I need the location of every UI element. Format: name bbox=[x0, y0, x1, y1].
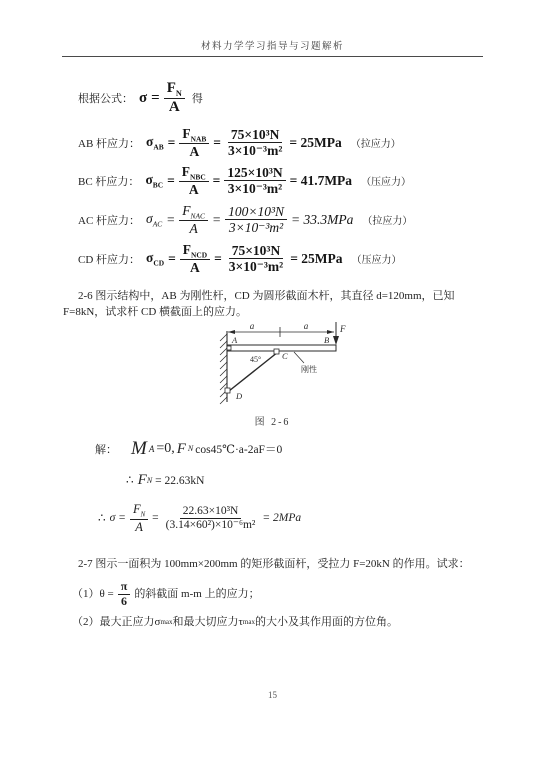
force-subscript: NAB bbox=[191, 135, 207, 144]
point-d-label: D bbox=[235, 391, 243, 401]
equals-sign: = bbox=[168, 251, 176, 267]
dim-label-a-right: a bbox=[304, 321, 309, 331]
force-label: F bbox=[339, 324, 346, 334]
intro-formula: σ = FN A bbox=[139, 80, 185, 117]
fraction-denominator: A bbox=[132, 520, 146, 534]
force-subscript: N bbox=[176, 89, 182, 98]
equals-sign: = bbox=[152, 512, 159, 524]
page-header-title: 材料力学学习指导与习题解析 bbox=[0, 38, 545, 52]
stress-type-note: （压应力） bbox=[361, 173, 411, 188]
sigma-equals: σ = bbox=[110, 512, 126, 524]
result-value: = 41.7MPa bbox=[290, 173, 352, 189]
sigma: σ bbox=[146, 211, 153, 226]
result-value: = 22.63kN bbox=[155, 475, 204, 487]
equation-part: cos45℃·a-2aF＝0 bbox=[195, 441, 282, 457]
equals-sign: = bbox=[168, 135, 176, 151]
point-a-label: A bbox=[231, 335, 238, 345]
figure-caption: 图 2-6 bbox=[0, 413, 545, 428]
force-subscript: NBC bbox=[190, 173, 206, 182]
row-label: CD 杆应力： bbox=[78, 251, 140, 267]
fraction-numerator: FN bbox=[130, 502, 148, 520]
fraction-denominator: 6 bbox=[118, 595, 130, 609]
equals-sign: = bbox=[214, 251, 222, 267]
fraction-denominator: A bbox=[166, 99, 183, 116]
force-symbol: F bbox=[182, 164, 190, 179]
fraction-numeric: 75×10³N 3×10⁻³m² bbox=[225, 127, 285, 159]
fraction-denominator: A bbox=[187, 221, 201, 237]
result-value: = 33.3MPa bbox=[291, 212, 353, 228]
fraction-numeric: 22.63×10³N (3.14×60²)×10⁻⁶m² bbox=[163, 505, 259, 532]
item-part: 的大小及其作用面的方位角。 bbox=[255, 614, 398, 630]
fraction-denominator: 3×10⁻³m² bbox=[226, 220, 286, 236]
fraction-numerator: 100×10³N bbox=[225, 204, 287, 221]
rigid-label: 刚性 bbox=[301, 364, 317, 374]
problem-2-7-text: 2-7 图示一面积为 100mm×200mm 的矩形截面杆，受拉力 F=20kN… bbox=[63, 556, 484, 572]
fraction-denominator: 3×10⁻³m² bbox=[226, 259, 286, 275]
equals-sign: = bbox=[166, 212, 175, 228]
equals-sign: = bbox=[213, 173, 221, 189]
fraction-numerator: 75×10³N bbox=[229, 243, 284, 260]
problem-2-7-item-1: （1）θ = π 6 的斜截面 m-m 上的应力； bbox=[72, 580, 260, 609]
hinge-a bbox=[227, 346, 231, 350]
item-prefix: （1）θ = bbox=[72, 586, 114, 602]
pi-over-6-fraction: π 6 bbox=[118, 580, 131, 609]
fraction-denominator: 3×10⁻³m² bbox=[225, 181, 285, 197]
rigid-leader-line bbox=[294, 352, 304, 363]
fraction-numerator: FNBC bbox=[179, 164, 209, 182]
moment-subscript: A bbox=[149, 445, 155, 454]
stress-type-note: （拉应力） bbox=[362, 212, 412, 227]
page-number: 15 bbox=[0, 690, 545, 700]
fraction-numerator: FNAC bbox=[179, 203, 208, 221]
fraction-numeric: 75×10³N 3×10⁻³m² bbox=[226, 243, 286, 275]
dim-arrow-right bbox=[327, 330, 334, 334]
result-value: = 25MPa bbox=[289, 135, 341, 151]
result-value: = 25MPa bbox=[290, 251, 342, 267]
fraction-denominator: A bbox=[186, 182, 202, 198]
force-symbol: F bbox=[177, 441, 186, 458]
stress-row-ac: AC 杆应力： σAC = FNAC A = 100×10³N 3×10⁻³m²… bbox=[78, 203, 412, 237]
fraction-symbolic: FN A bbox=[130, 502, 148, 535]
fraction-denominator: (3.14×60²)×10⁻⁶m² bbox=[163, 519, 259, 532]
force-subscript: N bbox=[147, 477, 152, 485]
fraction-numerator: π bbox=[118, 580, 131, 595]
fraction-denominator: A bbox=[187, 260, 203, 276]
sigma-symbol: σ bbox=[139, 90, 147, 107]
hinge-d bbox=[225, 388, 230, 393]
item-part: （2）最大正应力σ bbox=[72, 614, 160, 630]
fraction-numerator: 125×10³N bbox=[224, 165, 285, 182]
therefore-symbol: ∴ bbox=[98, 511, 106, 526]
fraction-numeric: 125×10³N 3×10⁻³m² bbox=[224, 165, 285, 197]
row-label: BC 杆应力： bbox=[78, 173, 139, 189]
equals-sign: = bbox=[167, 173, 175, 189]
sigma-subscript: AB bbox=[153, 143, 163, 152]
intro-suffix: 得 bbox=[192, 90, 203, 106]
header-rule bbox=[62, 56, 483, 57]
fraction-denominator: 3×10⁻³m² bbox=[225, 143, 285, 159]
fraction-numerator: 22.63×10³N bbox=[180, 505, 242, 519]
force-symbol: F bbox=[182, 203, 190, 218]
dimension-line: a a bbox=[228, 321, 334, 337]
sigma-symbol: σCD bbox=[146, 250, 164, 267]
equation-part: =0, bbox=[156, 441, 174, 457]
row-formula: σCD = FNCD A = 75×10³N 3×10⁻³m² = 25MPa … bbox=[146, 242, 401, 276]
sigma-symbol: σBC bbox=[145, 172, 163, 189]
wall-hatching bbox=[220, 334, 227, 404]
force-symbol: F bbox=[183, 242, 191, 257]
stress-type-note: （压应力） bbox=[352, 251, 402, 266]
sigma-subscript: CD bbox=[153, 259, 164, 268]
row-formula: σBC = FNBC A = 125×10³N 3×10⁻³m² = 41.7M… bbox=[145, 164, 411, 198]
problem-2-7-item-2: （2）最大正应力σmax 和最大切应力τmax 的大小及其作用面的方位角。 bbox=[72, 614, 398, 630]
fraction-denominator: A bbox=[186, 144, 202, 160]
equals-sign: = bbox=[213, 135, 221, 151]
intro-formula-line: 根据公式： σ = FN A 得 bbox=[78, 80, 209, 117]
fraction-numerator: FNAB bbox=[179, 126, 209, 144]
fraction-symbolic: FNAB A bbox=[179, 126, 209, 160]
scanned-textbook-page: 材料力学学习指导与习题解析 根据公式： σ = FN A 得 AB 杆应力： σ… bbox=[0, 0, 545, 768]
force-subscript: N bbox=[188, 445, 193, 453]
point-b-label: B bbox=[324, 335, 329, 345]
solution-label: 解： bbox=[95, 441, 117, 457]
problem-2-6-text: 2-6 图示结构中，AB 为刚性杆，CD 为圆形截面木杆，其直径 d=120mm… bbox=[63, 288, 484, 320]
figure-2-6: a a F A B C D 45° 刚性 bbox=[168, 320, 378, 412]
fraction-symbolic: FNCD A bbox=[180, 242, 210, 276]
moment-symbol: M bbox=[131, 438, 147, 460]
force-arrowhead bbox=[333, 336, 339, 345]
solution-line-1: 解： MA=0,FNcos45℃·a-2aF＝0 bbox=[95, 438, 282, 460]
fraction-numerator: FNCD bbox=[180, 242, 210, 260]
sigma-symbol: σAB bbox=[146, 134, 164, 151]
therefore-symbol: ∴ bbox=[126, 473, 134, 488]
stress-type-note: （拉应力） bbox=[351, 135, 401, 150]
sigma-symbol: σAC bbox=[146, 211, 162, 228]
force-symbol: F bbox=[133, 502, 141, 516]
stress-row-cd: CD 杆应力： σCD = FNCD A = 75×10³N 3×10⁻³m² … bbox=[78, 242, 402, 276]
hinge-c bbox=[274, 349, 279, 354]
row-label: AB 杆应力： bbox=[78, 135, 140, 151]
row-formula: σAB = FNAB A = 75×10³N 3×10⁻³m² = 25MPa … bbox=[146, 126, 401, 160]
stress-row-bc: BC 杆应力： σBC = FNBC A = 125×10³N 3×10⁻³m²… bbox=[78, 164, 411, 198]
point-c-label: C bbox=[282, 351, 288, 361]
solution-line-2: ∴ FN = 22.63kN bbox=[126, 472, 204, 489]
dim-label-a-left: a bbox=[250, 321, 255, 331]
item-part: 和最大切应力τ bbox=[173, 614, 243, 630]
row-label: AC 杆应力： bbox=[78, 212, 140, 228]
force-subscript: NAC bbox=[191, 212, 205, 221]
stress-row-ab: AB 杆应力： σAB = FNAB A = 75×10³N 3×10⁻³m² … bbox=[78, 126, 401, 160]
equals-sign: = bbox=[151, 90, 160, 107]
force-symbol: F bbox=[167, 80, 176, 96]
equals-sign: = bbox=[212, 212, 221, 228]
dim-arrow-left bbox=[228, 330, 235, 334]
sigma-subscript: BC bbox=[153, 181, 163, 190]
fraction-symbolic: FNAC A bbox=[179, 203, 208, 237]
solution-line-3: ∴ σ = FN A = 22.63×10³N (3.14×60²)×10⁻⁶m… bbox=[98, 502, 301, 535]
row-formula: σAC = FNAC A = 100×10³N 3×10⁻³m² = 33.3M… bbox=[146, 203, 412, 237]
fraction-numeric: 100×10³N 3×10⁻³m² bbox=[225, 204, 287, 236]
fraction-symbolic: FNBC A bbox=[179, 164, 209, 198]
force-subscript: N bbox=[141, 512, 146, 519]
force-subscript: NCD bbox=[191, 251, 207, 260]
result-value: = 2MPa bbox=[262, 512, 301, 524]
sigma-subscript: AC bbox=[153, 220, 162, 229]
max-subscript: max bbox=[160, 619, 172, 626]
intro-label: 根据公式： bbox=[78, 90, 133, 106]
force-symbol: F bbox=[138, 472, 147, 489]
moment-equation: MA=0,FNcos45℃·a-2aF＝0 bbox=[131, 438, 282, 460]
sigma: σ bbox=[145, 172, 152, 187]
force-symbol: F bbox=[182, 126, 190, 141]
fraction: FN A bbox=[164, 80, 185, 117]
force-arrow: F bbox=[333, 322, 346, 345]
angle-label: 45° bbox=[250, 355, 261, 364]
max-subscript: max bbox=[243, 619, 255, 626]
fraction-numerator: FN bbox=[164, 80, 185, 99]
item-suffix: 的斜截面 m-m 上的应力； bbox=[134, 586, 259, 602]
fraction-numerator: 75×10³N bbox=[228, 127, 283, 144]
